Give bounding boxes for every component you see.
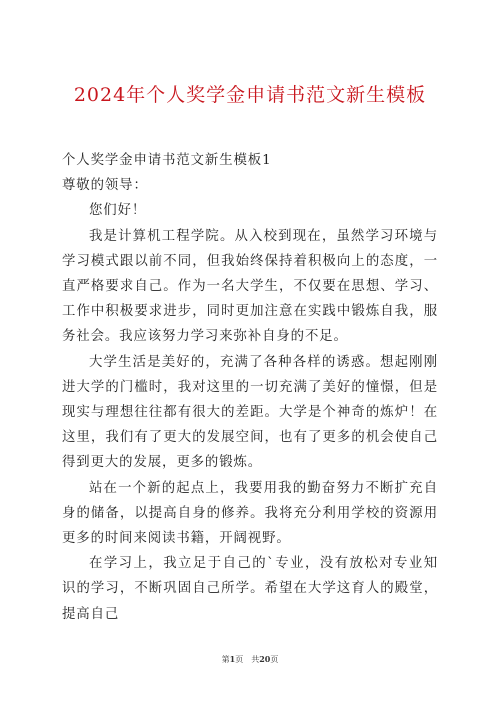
- page-prefix: 第: [222, 655, 230, 664]
- document-page: 2024年个人奖学金申请书范文新生模板 个人奖学金申请书范文新生模板1 尊敬的领…: [0, 0, 500, 707]
- paragraph-2: 大学生活是美好的，充满了各种各样的诱惑。想起刚刚进大学的门槛时，我对这里的一切充…: [62, 350, 438, 476]
- paragraph-4: 在学习上，我立足于自己的`专业，没有放松对专业知识的学习，不断巩固自己所学。希望…: [62, 551, 438, 627]
- salutation: 尊敬的领导：: [62, 173, 438, 198]
- paragraph-3: 站在一个新的起点上，我要用我的勤奋努力不断扩充自身的储备，以提高自身的修养。我将…: [62, 476, 438, 552]
- page-footer: 第1页 共20页: [0, 654, 500, 665]
- page-suffix: 页: [270, 655, 278, 664]
- greeting: 您们好！: [62, 198, 438, 223]
- document-subtitle: 个人奖学金申请书范文新生模板1: [62, 148, 438, 173]
- paragraph-1: 我是计算机工程学院。从入校到现在，虽然学习环境与学习模式跟以前不同，但我始终保持…: [62, 224, 438, 350]
- document-body: 个人奖学金申请书范文新生模板1 尊敬的领导： 您们好！ 我是计算机工程学院。从入…: [62, 148, 438, 627]
- page-mid: 页 共: [235, 655, 259, 664]
- total-pages-number: 20: [259, 654, 270, 664]
- document-title: 2024年个人奖学金申请书范文新生模板: [0, 80, 500, 107]
